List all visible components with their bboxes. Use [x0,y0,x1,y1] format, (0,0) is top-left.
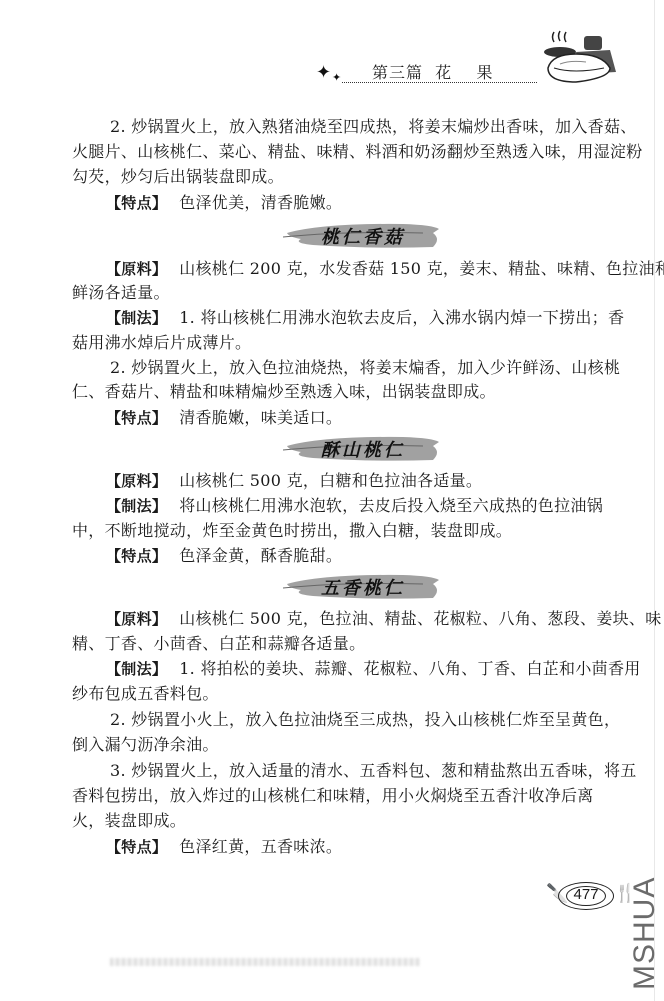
feature-label: 【特点】 [106,409,167,427]
feature-label: 【特点】 [106,547,167,565]
recipe-title: 酥山桃仁 [283,436,443,462]
method-line: 【制法】将山核桃仁用沸水泡软，去皮后投入烧至六成热的色拉油锅 [74,496,662,516]
text-line: 勾芡，炒匀后出锅装盘即成。 [72,167,628,187]
text-line: 菇用沸水焯后片成薄片。 [72,333,628,353]
method-label: 【制法】 [106,497,167,515]
sparkle-icon: ✦ [316,64,331,82]
ingredients-line: 【原料】山核桃仁 500 克，白糖和色拉油各适量。 [74,471,662,491]
watermark: MSHUA [628,877,662,990]
recipe-title-banner: 酥山桃仁 [283,432,443,462]
feature-line: 【特点】色泽金黄，酥香脆甜。 [74,546,662,566]
method-label: 【制法】 [106,309,167,327]
text-line: 仁、香菇片、精盐和味精煸炒至熟透入味，出锅装盘即成。 [72,382,628,402]
ingredients-label: 【原料】 [106,610,167,628]
running-header: ✦ ✦ 第三篇 花 果 [300,50,630,100]
method-line: 【制法】1. 将拍松的姜块、蒜瓣、花椒粒、八角、丁香、白芷和小茴香用 [74,659,662,679]
text-line: 鲜汤各适量。 [72,283,628,303]
recipe-title-banner: 桃仁香菇 [283,219,443,249]
method-line: 【制法】1. 将山核桃仁用沸水泡软去皮后，入沸水锅内焯一下捞出；香 [74,308,662,328]
feature-line: 【特点】清香脆嫩，味美适口。 [74,408,662,428]
ingredients-label: 【原料】 [106,260,167,278]
recipe-title-banner: 五香桃仁 [283,570,443,600]
recipe-title: 五香桃仁 [283,574,443,600]
method-label: 【制法】 [106,660,167,678]
feature-line: 【特点】色泽优美，清香脆嫩。 [74,193,662,213]
chef-icon [540,28,620,94]
sparkle-small-icon: ✦ [332,72,341,83]
feature-text: 色泽优美，清香脆嫩。 [179,193,342,212]
text-line: 3. 炒锅置火上，放入适量的清水、五香料包、葱和精盐熬出五香味，将五 [78,761,664,781]
text-line: 中，不断地搅动，炸至金黄色时捞出，撒入白糖，装盘即成。 [72,521,628,541]
page-number-badge: 🔪 477 🍴 [546,880,626,910]
text-line: 香料包捞出，放入炸过的山核桃仁和味精，用小火焖烧至五香汁收净后离 [72,786,628,806]
text-line: 火腿片、山核桃仁、菜心、精盐、味精、料酒和奶汤翻炒至熟透入味，用湿淀粉 [72,142,628,162]
page-number: 477 [566,886,606,904]
header-dotted-rule [342,82,537,83]
text-line: 纱布包成五香料包。 [72,684,628,704]
ingredients-label: 【原料】 [106,472,167,490]
scan-artifact [110,958,420,966]
ingredients-line: 【原料】山核桃仁 500 克，色拉油、精盐、花椒粒、八角、葱段、姜块、味 [74,609,662,629]
recipe-title: 桃仁香菇 [283,223,443,249]
text-line: 倒入漏勺沥净余油。 [72,735,628,755]
text-line: 2. 炒锅置小火上，放入色拉油烧至三成热，投入山核桃仁炸至呈黄色， [78,710,664,730]
text-line: 火，装盘即成。 [72,811,628,831]
feature-label: 【特点】 [106,194,167,212]
text-line: 2. 炒锅置火上，放入熟猪油烧至四成热，将姜末煸炒出香味，加入香菇、 [78,117,664,137]
feature-line: 【特点】色泽红黄，五香味浓。 [74,837,662,857]
ingredients-line: 【原料】山核桃仁 200 克，水发香菇 150 克，姜末、精盐、味精、色拉油和 [74,259,662,279]
feature-label: 【特点】 [106,838,167,856]
chapter-title: 第三篇 花 果 [372,60,494,83]
text-line: 2. 炒锅置火上，放入色拉油烧热，将姜末煸香，加入少许鲜汤、山核桃 [78,358,664,378]
text-line: 精、丁香、小茴香、白芷和蒜瓣各适量。 [72,634,628,654]
